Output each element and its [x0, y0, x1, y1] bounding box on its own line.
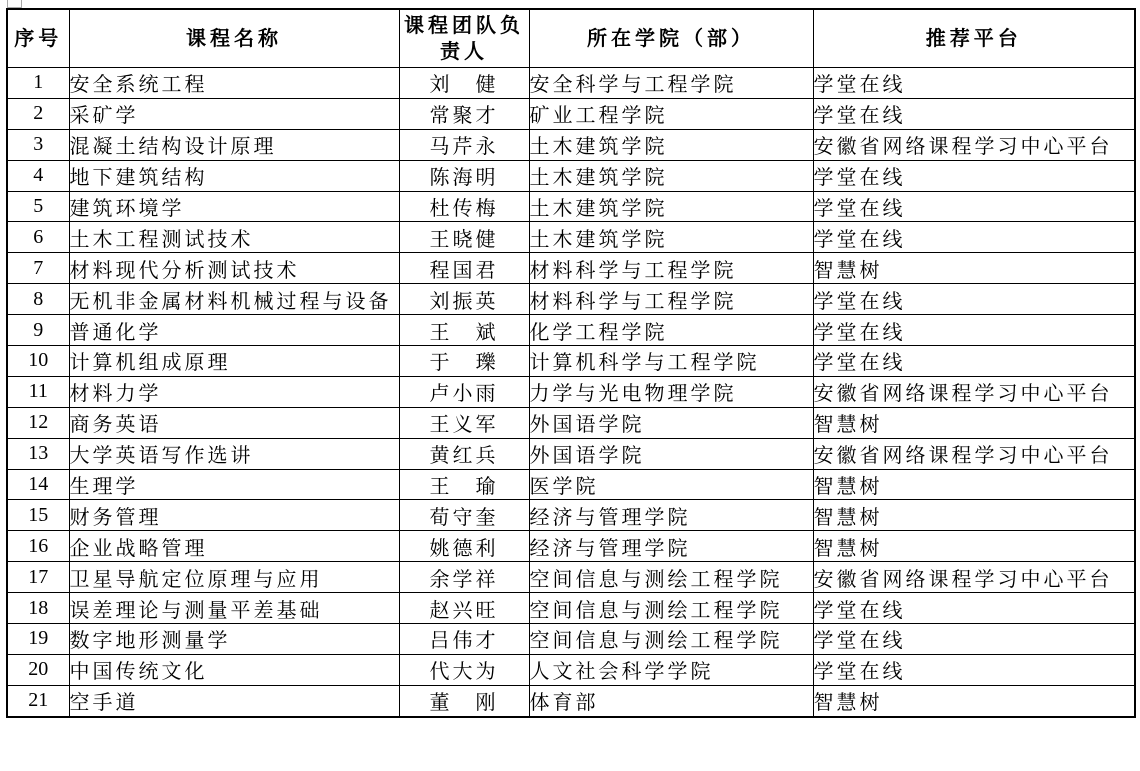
- cell-platform: 智慧树: [813, 500, 1135, 531]
- cell-team-leader: 常聚才: [399, 98, 529, 129]
- column-header-leader-label: 课程团队负 责人: [400, 13, 529, 65]
- cell-college: 安全科学与工程学院: [529, 68, 813, 99]
- column-header-no-label: 序号: [8, 26, 69, 52]
- cell-serial-number: 11: [7, 376, 69, 407]
- cell-serial-number: 16: [7, 531, 69, 562]
- cell-college: 外国语学院: [529, 407, 813, 438]
- cell-course-name: 财务管理: [69, 500, 399, 531]
- cell-college: 外国语学院: [529, 438, 813, 469]
- cell-team-leader: 董 刚: [399, 685, 529, 716]
- column-header-course-label: 课程名称: [70, 26, 399, 52]
- cell-course-name: 安全系统工程: [69, 68, 399, 99]
- table-row: 15 财务管理 荀守奎 经济与管理学院 智慧树: [7, 500, 1135, 531]
- cell-course-name: 商务英语: [69, 407, 399, 438]
- cell-team-leader: 王晓健: [399, 222, 529, 253]
- cell-team-leader: 王义军: [399, 407, 529, 438]
- cell-serial-number: 1: [7, 68, 69, 99]
- table-row: 4 地下建筑结构 陈海明 土木建筑学院 学堂在线: [7, 160, 1135, 191]
- cell-college: 空间信息与测绘工程学院: [529, 562, 813, 593]
- cell-platform: 学堂在线: [813, 98, 1135, 129]
- cell-college: 经济与管理学院: [529, 531, 813, 562]
- cell-platform: 学堂在线: [813, 346, 1135, 377]
- table-row: 20 中国传统文化 代大为 人文社会科学学院 学堂在线: [7, 654, 1135, 685]
- course-table: 序号 课程名称 课程团队负 责人 所在学院（部） 推荐平台 1 安全系统工程 刘…: [6, 8, 1136, 718]
- table-row: 2 采矿学 常聚才 矿业工程学院 学堂在线: [7, 98, 1135, 129]
- cell-college: 化学工程学院: [529, 315, 813, 346]
- cell-course-name: 普通化学: [69, 315, 399, 346]
- table-row: 9 普通化学 王 斌 化学工程学院 学堂在线: [7, 315, 1135, 346]
- cell-college: 土木建筑学院: [529, 129, 813, 160]
- cell-platform: 学堂在线: [813, 624, 1135, 655]
- cell-course-name: 地下建筑结构: [69, 160, 399, 191]
- cell-college: 经济与管理学院: [529, 500, 813, 531]
- cell-course-name: 混凝土结构设计原理: [69, 129, 399, 160]
- cell-platform: 学堂在线: [813, 222, 1135, 253]
- cell-team-leader: 黄红兵: [399, 438, 529, 469]
- cell-platform: 智慧树: [813, 253, 1135, 284]
- cell-team-leader: 赵兴旺: [399, 593, 529, 624]
- column-header-platform: 推荐平台: [813, 9, 1135, 68]
- cell-serial-number: 9: [7, 315, 69, 346]
- cell-platform: 学堂在线: [813, 191, 1135, 222]
- table-row: 17 卫星导航定位原理与应用 余学祥 空间信息与测绘工程学院 安徽省网络课程学习…: [7, 562, 1135, 593]
- cell-team-leader: 吕伟才: [399, 624, 529, 655]
- cell-serial-number: 10: [7, 346, 69, 377]
- column-header-platform-label: 推荐平台: [814, 26, 1135, 52]
- cell-college: 力学与光电物理学院: [529, 376, 813, 407]
- cell-course-name: 生理学: [69, 469, 399, 500]
- cell-platform: 智慧树: [813, 407, 1135, 438]
- cell-team-leader: 刘 健: [399, 68, 529, 99]
- cell-serial-number: 5: [7, 191, 69, 222]
- cell-college: 土木建筑学院: [529, 160, 813, 191]
- table-row: 16 企业战略管理 姚德利 经济与管理学院 智慧树: [7, 531, 1135, 562]
- cell-college: 材料科学与工程学院: [529, 284, 813, 315]
- cell-platform: 安徽省网络课程学习中心平台: [813, 376, 1135, 407]
- table-row: 14 生理学 王 瑜 医学院 智慧树: [7, 469, 1135, 500]
- table-row: 12 商务英语 王义军 外国语学院 智慧树: [7, 407, 1135, 438]
- table-row: 13 大学英语写作选讲 黄红兵 外国语学院 安徽省网络课程学习中心平台: [7, 438, 1135, 469]
- cell-serial-number: 13: [7, 438, 69, 469]
- cell-college: 空间信息与测绘工程学院: [529, 593, 813, 624]
- column-header-college-label: 所在学院（部）: [530, 26, 813, 52]
- cell-team-leader: 余学祥: [399, 562, 529, 593]
- cell-platform: 学堂在线: [813, 315, 1135, 346]
- cell-serial-number: 17: [7, 562, 69, 593]
- cell-serial-number: 19: [7, 624, 69, 655]
- cell-course-name: 空手道: [69, 685, 399, 716]
- cell-college: 体育部: [529, 685, 813, 716]
- cell-platform: 安徽省网络课程学习中心平台: [813, 129, 1135, 160]
- cell-serial-number: 20: [7, 654, 69, 685]
- cell-team-leader: 姚德利: [399, 531, 529, 562]
- cell-team-leader: 马芹永: [399, 129, 529, 160]
- cell-course-name: 土木工程测试技术: [69, 222, 399, 253]
- table-row: 19 数字地形测量学 吕伟才 空间信息与测绘工程学院 学堂在线: [7, 624, 1135, 655]
- table-row: 3 混凝土结构设计原理 马芹永 土木建筑学院 安徽省网络课程学习中心平台: [7, 129, 1135, 160]
- column-header-leader: 课程团队负 责人: [399, 9, 529, 68]
- cell-serial-number: 15: [7, 500, 69, 531]
- cell-team-leader: 刘振英: [399, 284, 529, 315]
- cell-college: 材料科学与工程学院: [529, 253, 813, 284]
- cell-platform: 学堂在线: [813, 68, 1135, 99]
- cell-serial-number: 6: [7, 222, 69, 253]
- column-header-course: 课程名称: [69, 9, 399, 68]
- cell-college: 人文社会科学学院: [529, 654, 813, 685]
- cell-serial-number: 3: [7, 129, 69, 160]
- cell-serial-number: 18: [7, 593, 69, 624]
- cell-course-name: 数字地形测量学: [69, 624, 399, 655]
- cell-serial-number: 4: [7, 160, 69, 191]
- cell-serial-number: 12: [7, 407, 69, 438]
- table-anchor-mark: [7, 0, 22, 8]
- cell-team-leader: 王 瑜: [399, 469, 529, 500]
- cell-course-name: 无机非金属材料机械过程与设备: [69, 284, 399, 315]
- cell-serial-number: 21: [7, 685, 69, 716]
- cell-serial-number: 7: [7, 253, 69, 284]
- cell-platform: 学堂在线: [813, 160, 1135, 191]
- cell-team-leader: 于 瓅: [399, 346, 529, 377]
- cell-team-leader: 陈海明: [399, 160, 529, 191]
- cell-team-leader: 王 斌: [399, 315, 529, 346]
- cell-platform: 智慧树: [813, 531, 1135, 562]
- table-row: 1 安全系统工程 刘 健 安全科学与工程学院 学堂在线: [7, 68, 1135, 99]
- cell-team-leader: 代大为: [399, 654, 529, 685]
- cell-course-name: 误差理论与测量平差基础: [69, 593, 399, 624]
- cell-team-leader: 卢小雨: [399, 376, 529, 407]
- cell-course-name: 中国传统文化: [69, 654, 399, 685]
- cell-college: 医学院: [529, 469, 813, 500]
- cell-course-name: 材料力学: [69, 376, 399, 407]
- cell-platform: 学堂在线: [813, 593, 1135, 624]
- cell-platform: 安徽省网络课程学习中心平台: [813, 438, 1135, 469]
- table-row: 11 材料力学 卢小雨 力学与光电物理学院 安徽省网络课程学习中心平台: [7, 376, 1135, 407]
- cell-course-name: 卫星导航定位原理与应用: [69, 562, 399, 593]
- cell-serial-number: 8: [7, 284, 69, 315]
- table-header-row: 序号 课程名称 课程团队负 责人 所在学院（部） 推荐平台: [7, 9, 1135, 68]
- cell-platform: 智慧树: [813, 469, 1135, 500]
- table-row: 18 误差理论与测量平差基础 赵兴旺 空间信息与测绘工程学院 学堂在线: [7, 593, 1135, 624]
- table-row: 6 土木工程测试技术 王晓健 土木建筑学院 学堂在线: [7, 222, 1135, 253]
- table-row: 21 空手道 董 刚 体育部 智慧树: [7, 685, 1135, 716]
- cell-course-name: 建筑环境学: [69, 191, 399, 222]
- cell-college: 计算机科学与工程学院: [529, 346, 813, 377]
- cell-college: 空间信息与测绘工程学院: [529, 624, 813, 655]
- cell-team-leader: 杜传梅: [399, 191, 529, 222]
- column-header-no: 序号: [7, 9, 69, 68]
- table-row: 10 计算机组成原理 于 瓅 计算机科学与工程学院 学堂在线: [7, 346, 1135, 377]
- cell-course-name: 大学英语写作选讲: [69, 438, 399, 469]
- cell-serial-number: 2: [7, 98, 69, 129]
- cell-college: 矿业工程学院: [529, 98, 813, 129]
- cell-platform: 智慧树: [813, 685, 1135, 716]
- cell-college: 土木建筑学院: [529, 191, 813, 222]
- cell-platform: 学堂在线: [813, 654, 1135, 685]
- column-header-college: 所在学院（部）: [529, 9, 813, 68]
- cell-team-leader: 程国君: [399, 253, 529, 284]
- cell-course-name: 材料现代分析测试技术: [69, 253, 399, 284]
- cell-course-name: 计算机组成原理: [69, 346, 399, 377]
- cell-platform: 学堂在线: [813, 284, 1135, 315]
- cell-course-name: 采矿学: [69, 98, 399, 129]
- table-row: 7 材料现代分析测试技术 程国君 材料科学与工程学院 智慧树: [7, 253, 1135, 284]
- table-row: 5 建筑环境学 杜传梅 土木建筑学院 学堂在线: [7, 191, 1135, 222]
- cell-course-name: 企业战略管理: [69, 531, 399, 562]
- table-body: 1 安全系统工程 刘 健 安全科学与工程学院 学堂在线 2 采矿学 常聚才 矿业…: [7, 68, 1135, 717]
- cell-college: 土木建筑学院: [529, 222, 813, 253]
- table-row: 8 无机非金属材料机械过程与设备 刘振英 材料科学与工程学院 学堂在线: [7, 284, 1135, 315]
- cell-team-leader: 荀守奎: [399, 500, 529, 531]
- cell-serial-number: 14: [7, 469, 69, 500]
- cell-platform: 安徽省网络课程学习中心平台: [813, 562, 1135, 593]
